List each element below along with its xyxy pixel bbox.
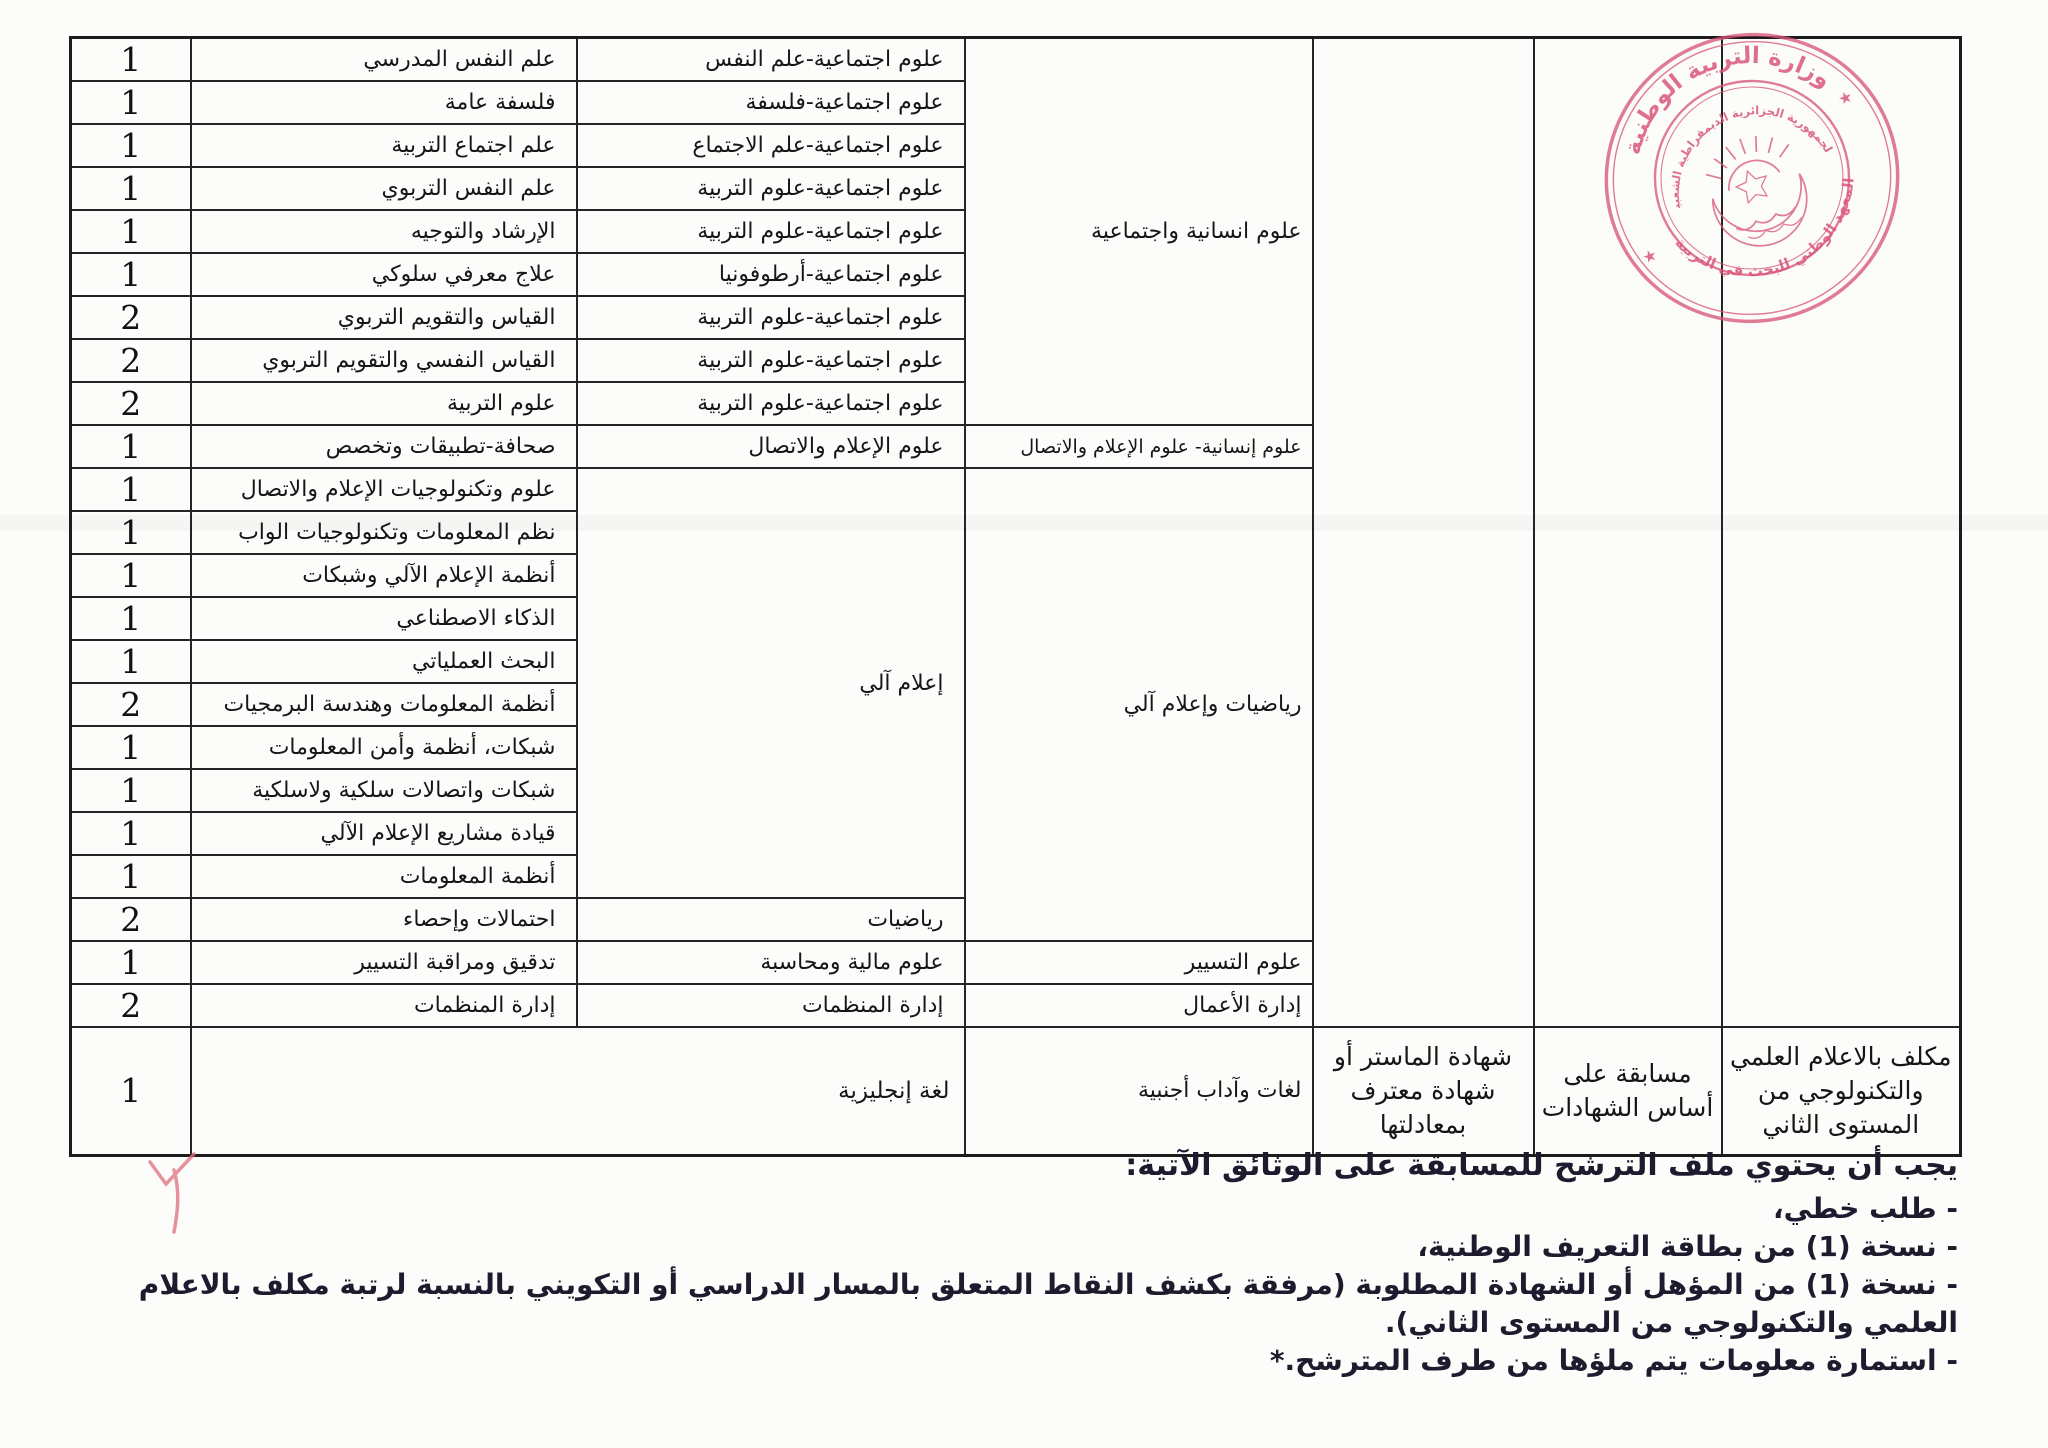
quota-cell: 2 [71, 382, 191, 425]
quota-cell: 1 [71, 941, 191, 984]
field-cell: علوم التسيير [965, 941, 1313, 984]
required-documents-notes: يجب أن يحتوي ملف الترشح للمسابقة على الو… [60, 1146, 1958, 1380]
specialization-cell: إدارة المنظمات [191, 984, 577, 1027]
field-cell: لغات وآداب أجنبية [965, 1027, 1313, 1155]
quota-cell: 1 [71, 855, 191, 898]
specialization-cell: نظم المعلومات وتكنولوجيات الواب [191, 511, 577, 554]
note-item: - طلب خطي، [60, 1190, 1958, 1228]
specializations-table: علوم انسانية واجتماعية علوم اجتماعية-علم… [69, 36, 1962, 1157]
specialization-cell: شبكات، أنظمة وأمن المعلومات [191, 726, 577, 769]
quota-cell: 1 [71, 726, 191, 769]
quota-cell: 1 [71, 597, 191, 640]
notes-title: يجب أن يحتوي ملف الترشح للمسابقة على الو… [60, 1146, 1958, 1186]
specialization-cell: فلسفة عامة [191, 81, 577, 124]
field-cell: علوم إنسانية- علوم الإعلام والاتصال [965, 425, 1313, 468]
quota-cell: 1 [71, 554, 191, 597]
table-row-bottom: مكلف بالاعلام العلمي والتكنولوجي من المس… [71, 1027, 1961, 1155]
specialization-cell: علوم التربية [191, 382, 577, 425]
quota-cell: 1 [71, 425, 191, 468]
language-cell: لغة إنجليزية [191, 1027, 965, 1155]
specialization-cell: قيادة مشاريع الإعلام الآلي [191, 812, 577, 855]
specialization-cell: علم النفس المدرسي [191, 38, 577, 82]
quota-cell: 1 [71, 511, 191, 554]
subfield-cell: علوم اجتماعية-علوم التربية [577, 339, 965, 382]
quota-cell: 1 [71, 210, 191, 253]
subfield-cell: رياضيات [577, 898, 965, 941]
subfield-cell: إدارة المنظمات [577, 984, 965, 1027]
quota-cell: 1 [71, 124, 191, 167]
quota-cell: 1 [71, 640, 191, 683]
subfield-cell: علوم اجتماعية-علم النفس [577, 38, 965, 82]
field-cell: رياضيات وإعلام آلي [965, 468, 1313, 941]
quota-cell: 1 [71, 468, 191, 511]
subfield-cell: علوم اجتماعية-علوم التربية [577, 382, 965, 425]
specialization-cell: تدقيق ومراقبة التسيير [191, 941, 577, 984]
certificate-column-empty-cell [1313, 38, 1534, 1028]
quota-cell: 2 [71, 683, 191, 726]
quota-cell: 2 [71, 984, 191, 1027]
specialization-cell: الإرشاد والتوجيه [191, 210, 577, 253]
specialization-cell: علم اجتماع التربية [191, 124, 577, 167]
quota-cell: 1 [71, 167, 191, 210]
subfield-cell: علوم اجتماعية-علوم التربية [577, 167, 965, 210]
specialization-cell: علم النفس التربوي [191, 167, 577, 210]
specialization-cell: شبكات واتصالات سلكية ولاسلكية [191, 769, 577, 812]
rank-column-empty-cell [1722, 38, 1961, 1028]
subfield-cell: علوم اجتماعية-علوم التربية [577, 210, 965, 253]
subfield-cell: علوم اجتماعية-أرطوفونيا [577, 253, 965, 296]
subfield-cell: علوم مالية ومحاسبة [577, 941, 965, 984]
specialization-cell: صحافة-تطبيقات وتخصص [191, 425, 577, 468]
quota-cell: 1 [71, 81, 191, 124]
table-row: علوم انسانية واجتماعية علوم اجتماعية-علم… [71, 38, 1961, 82]
note-item: - استمارة معلومات يتم ملؤها من طرف المتر… [60, 1342, 1958, 1380]
scanned-document-page: علوم انسانية واجتماعية علوم اجتماعية-علم… [0, 0, 2048, 1448]
field-cell: علوم انسانية واجتماعية [965, 38, 1313, 426]
quota-cell: 1 [71, 769, 191, 812]
quota-cell: 2 [71, 339, 191, 382]
field-cell: إدارة الأعمال [965, 984, 1313, 1027]
specialization-cell: احتمالات وإحصاء [191, 898, 577, 941]
quota-cell: 1 [71, 38, 191, 82]
specialization-cell: القياس النفسي والتقويم التربوي [191, 339, 577, 382]
specialization-cell: علوم وتكنولوجيات الإعلام والاتصال [191, 468, 577, 511]
quota-cell: 2 [71, 296, 191, 339]
subfield-cell: علوم اجتماعية-علوم التربية [577, 296, 965, 339]
certificate-cell: شهادة الماستر أو شهادة معترف بمعادلتها [1313, 1027, 1534, 1155]
rank-cell: مكلف بالاعلام العلمي والتكنولوجي من المس… [1722, 1027, 1961, 1155]
subfield-cell: علوم اجتماعية-فلسفة [577, 81, 965, 124]
specialization-cell: علاج معرفي سلوكي [191, 253, 577, 296]
quota-cell: 2 [71, 898, 191, 941]
quota-cell: 1 [71, 253, 191, 296]
specialization-cell: أنظمة المعلومات وهندسة البرمجيات [191, 683, 577, 726]
specialization-cell: البحث العملياتي [191, 640, 577, 683]
quota-cell: 1 [71, 1027, 191, 1155]
subfield-cell: علوم الإعلام والاتصال [577, 425, 965, 468]
specialization-cell: أنظمة المعلومات [191, 855, 577, 898]
specialization-cell: الذكاء الاصطناعي [191, 597, 577, 640]
note-item: - نسخة (1) من المؤهل أو الشهادة المطلوبة… [60, 1266, 1958, 1342]
competition-type-cell: مسابقة على أساس الشهادات [1534, 1027, 1722, 1155]
quota-cell: 1 [71, 812, 191, 855]
subfield-cell: علوم اجتماعية-علم الاجتماع [577, 124, 965, 167]
specialization-cell: أنظمة الإعلام الآلي وشبكات [191, 554, 577, 597]
subfield-cell: إعلام آلي [577, 468, 965, 898]
note-item: - نسخة (1) من بطاقة التعريف الوطنية، [60, 1228, 1958, 1266]
specialization-cell: القياس والتقويم التربوي [191, 296, 577, 339]
competition-column-empty-cell [1534, 38, 1722, 1028]
